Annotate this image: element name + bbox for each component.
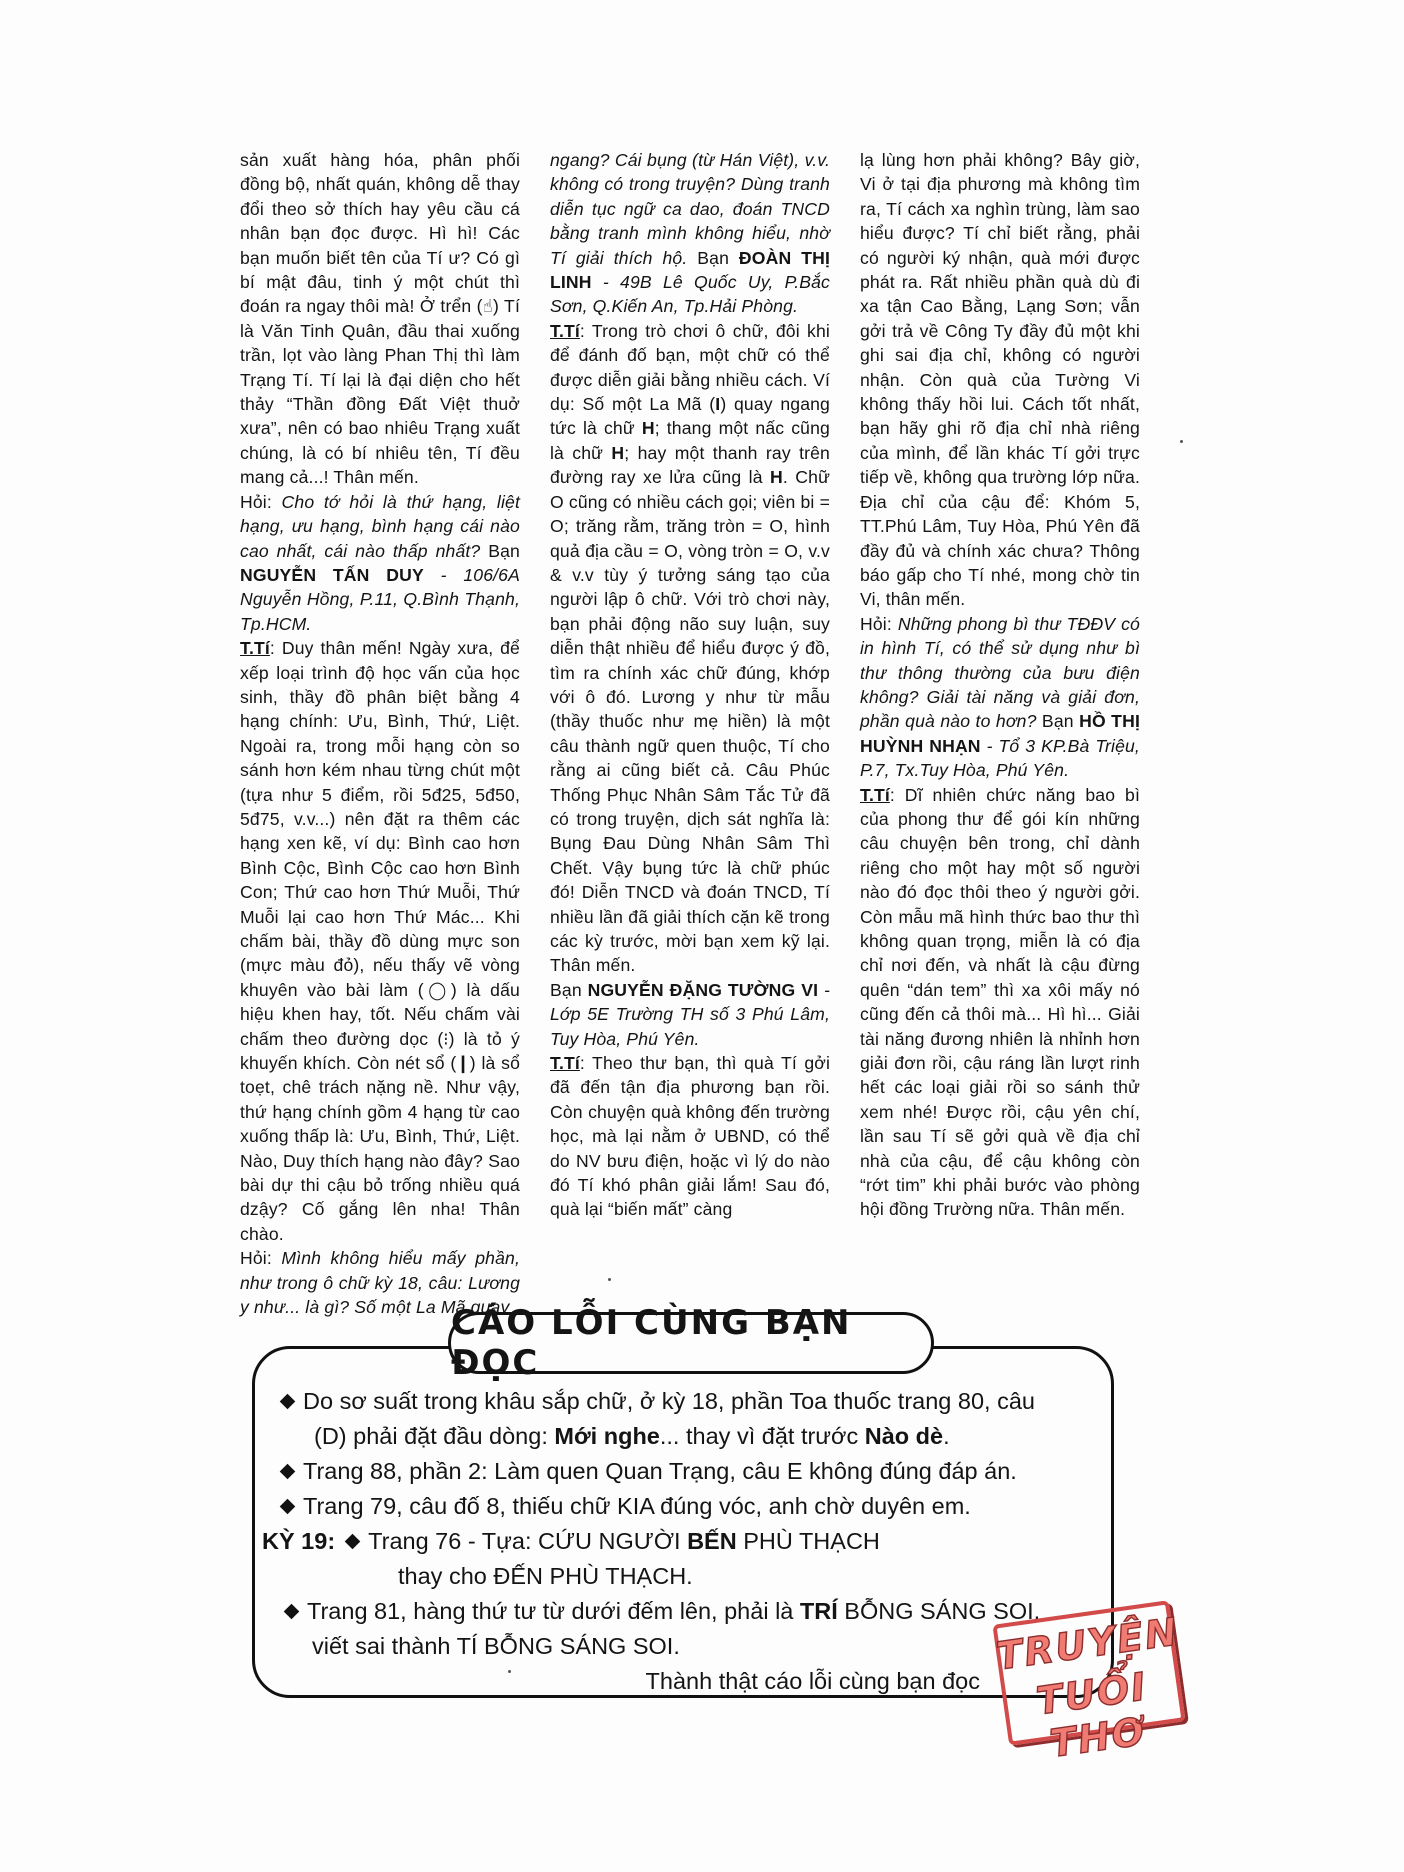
text-run: BỖNG SÁNG SOI, xyxy=(838,1598,1040,1624)
text-run: . Chữ O cũng có nhiều cách gọi; viên bi … xyxy=(550,467,830,975)
paragraph: T.Tí: Theo thư bạn, thì quà Tí gởi đã đế… xyxy=(550,1051,830,1222)
article-columns: sản xuất hàng hóa, phân phối đồng bộ, nh… xyxy=(240,148,1140,1320)
reader-name: NGUYỄN TẤN DUY xyxy=(240,565,424,585)
text-run: Bạn xyxy=(480,541,520,561)
text-run: Hỏi: xyxy=(240,1248,281,1268)
scan-speck xyxy=(608,1278,611,1281)
reader-name: Nào dè xyxy=(865,1423,943,1449)
speaker-label: T.Tí xyxy=(550,1053,580,1073)
issue-label: KỲ 19: xyxy=(262,1528,335,1554)
diamond-bullet-icon xyxy=(280,1499,296,1515)
italic-text: - 49B Lê Quốc Uy, P.Bắc Sơn, Q.Kiến An, … xyxy=(550,272,830,316)
paragraph: T.Tí: Dĩ nhiên chức năng bao bì của phon… xyxy=(860,783,1140,1222)
errata-item: Trang 88, phần 2: Làm quen Quan Trạng, c… xyxy=(262,1454,1112,1489)
errata-item: thay cho ĐẾN PHÙ THẠCH. xyxy=(262,1559,1112,1594)
text-run: viết sai thành TÍ BỖNG SÁNG SOI. xyxy=(312,1633,680,1659)
italic-text: Cho tớ hỏi là thứ hạng, liệt hạng, ưu hạ… xyxy=(240,492,520,561)
text-run: . xyxy=(943,1423,950,1449)
errata-item: viết sai thành TÍ BỖNG SÁNG SOI. xyxy=(262,1629,1112,1664)
paragraph: sản xuất hàng hóa, phân phối đồng bộ, nh… xyxy=(240,148,520,490)
text-run: thay cho ĐẾN PHÙ THẠCH. xyxy=(398,1563,693,1589)
text-run: Trang 76 - Tựa: CỨU NGƯỜI xyxy=(368,1528,687,1554)
paragraph: Hỏi: Những phong bì thư TĐĐV có in hình … xyxy=(860,612,1140,783)
errata-item: (D) phải đặt đầu dòng: Mới nghe... thay … xyxy=(262,1419,1112,1454)
column-left: sản xuất hàng hóa, phân phối đồng bộ, nh… xyxy=(240,148,520,1320)
text-run: Hỏi: xyxy=(240,492,282,512)
errata-signoff: Thành thật cáo lỗi cùng bạn đọc xyxy=(262,1664,1112,1699)
reader-name: TRÍ xyxy=(800,1598,838,1624)
reader-name: H xyxy=(611,443,624,463)
text-run: sản xuất hàng hóa, phân phối đồng bộ, nh… xyxy=(240,150,520,487)
reader-name: H xyxy=(770,467,783,487)
errata-item: Trang 81, hàng thứ tư từ dưới đếm lên, p… xyxy=(262,1594,1112,1629)
text-run: : Dĩ nhiên chức năng bao bì của phong th… xyxy=(860,785,1140,1220)
scan-speck xyxy=(508,1670,511,1673)
text-run: Do sơ suất trong khâu sắp chữ, ở kỳ 18, … xyxy=(303,1388,1035,1414)
errata-title: CÁO LỖI CÙNG BẠN ĐỌC xyxy=(448,1312,934,1374)
text-run: Hỏi: xyxy=(860,614,898,634)
reader-name: BẾN xyxy=(687,1528,737,1554)
paragraph: ngang? Cái bụng (từ Hán Việt), v.v. khôn… xyxy=(550,148,830,319)
paragraph: T.Tí: Duy thân mến! Ngày xưa, để xếp loạ… xyxy=(240,636,520,1246)
errata-list: Do sơ suất trong khâu sắp chữ, ở kỳ 18, … xyxy=(262,1384,1112,1699)
reader-name: NGUYỄN ĐẶNG TƯỜNG VI xyxy=(588,980,819,1000)
diamond-bullet-icon xyxy=(280,1394,296,1410)
text-run: (D) phải đặt đầu dòng: xyxy=(314,1423,554,1449)
speaker-label: T.Tí xyxy=(240,638,270,658)
errata-item: Trang 79, câu đố 8, thiếu chữ KIA đúng v… xyxy=(262,1489,1112,1524)
speaker-label: T.Tí xyxy=(550,321,580,341)
scan-speck xyxy=(1180,440,1183,443)
diamond-bullet-icon xyxy=(280,1464,296,1480)
speaker-label: T.Tí xyxy=(860,785,890,805)
magazine-page: sản xuất hàng hóa, phân phối đồng bộ, nh… xyxy=(0,0,1404,1872)
paragraph: Bạn NGUYỄN ĐẶNG TƯỜNG VI - Lớp 5E Trường… xyxy=(550,978,830,1051)
reader-name: H xyxy=(642,418,655,438)
text-run: Bạn xyxy=(1037,711,1080,731)
diamond-bullet-icon xyxy=(284,1604,300,1620)
paragraph: lạ lùng hơn phải không? Bây giờ, Vi ở tạ… xyxy=(860,148,1140,612)
text-run: Bạn xyxy=(687,248,739,268)
text-run: PHÙ THẠCH xyxy=(737,1528,880,1554)
paragraph: Hỏi: Cho tớ hỏi là thứ hạng, liệt hạng, … xyxy=(240,490,520,636)
text-run: Trang 79, câu đố 8, thiếu chữ KIA đúng v… xyxy=(303,1493,971,1519)
text-run: Bạn xyxy=(550,980,588,1000)
paragraph: T.Tí: Trong trò chơi ô chữ, đôi khi để đ… xyxy=(550,319,830,978)
text-run: lạ lùng hơn phải không? Bây giờ, Vi ở tạ… xyxy=(860,150,1140,609)
text-run: : Theo thư bạn, thì quà Tí gởi đã đến tậ… xyxy=(550,1053,830,1219)
text-run: Trang 88, phần 2: Làm quen Quan Trạng, c… xyxy=(303,1458,1017,1484)
text-run: ... thay vì đặt trước xyxy=(660,1423,865,1449)
text-run: : Duy thân mến! Ngày xưa, để xếp loại tr… xyxy=(240,638,520,1244)
errata-item: KỲ 19:Trang 76 - Tựa: CỨU NGƯỜI BẾN PHÙ … xyxy=(262,1524,1112,1559)
column-middle: ngang? Cái bụng (từ Hán Việt), v.v. khôn… xyxy=(550,148,830,1320)
reader-name: Mới nghe xyxy=(554,1423,659,1449)
diamond-bullet-icon xyxy=(345,1534,361,1550)
truyen-tuoi-tho-logo: TRUYỆN TUỔI THƠ xyxy=(992,1600,1185,1746)
column-right: lạ lùng hơn phải không? Bây giờ, Vi ở tạ… xyxy=(860,148,1140,1320)
errata-item: Do sơ suất trong khâu sắp chữ, ở kỳ 18, … xyxy=(262,1384,1112,1419)
text-run: Trang 81, hàng thứ tư từ dưới đếm lên, p… xyxy=(307,1598,800,1624)
